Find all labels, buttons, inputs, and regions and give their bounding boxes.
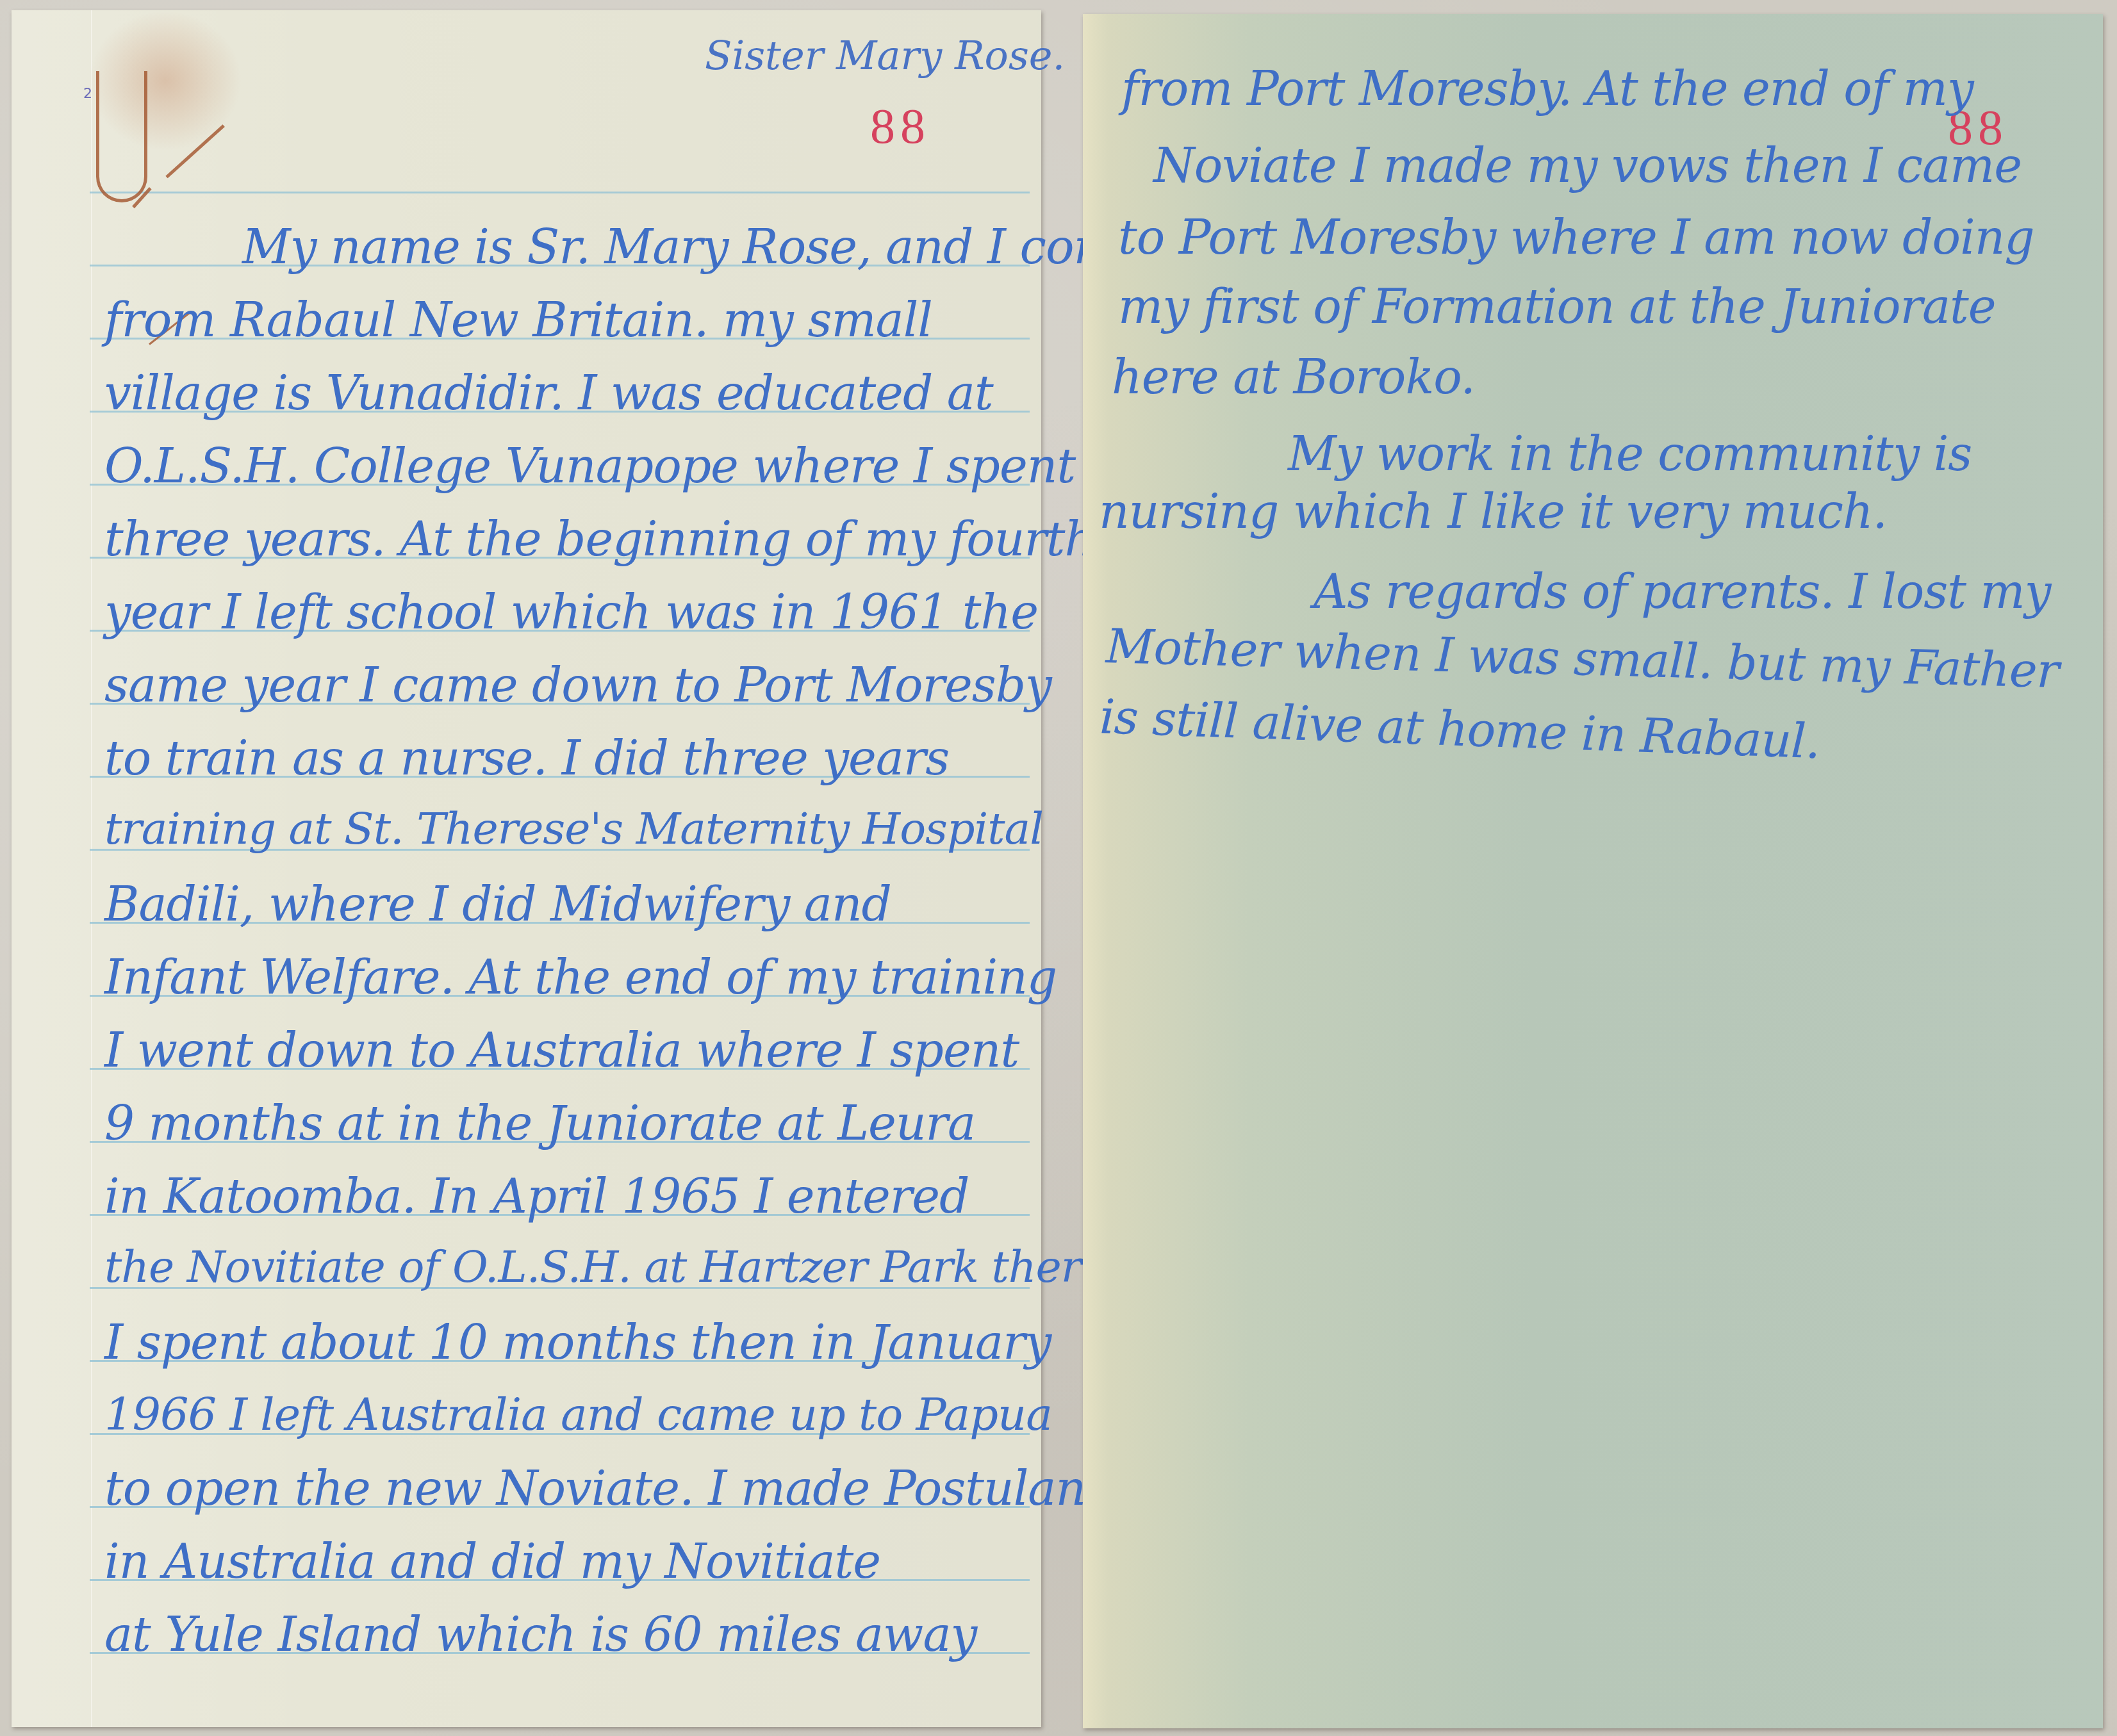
handwritten-line: from Port Moresby. At the end of my <box>1121 65 1973 113</box>
handwritten-line: I went down to Australia where I spent <box>104 1027 1019 1074</box>
handwritten-line: 9 months at in the Juniorate at Leura <box>104 1100 975 1147</box>
handwritten-line: As regards of parents. I lost my <box>1314 568 2051 616</box>
handwritten-line: to train as a nurse. I did three years <box>104 735 949 782</box>
handwritten-line: My name is Sr. Mary Rose, and I come <box>242 224 1146 271</box>
handwritten-line: village is Vunadidir. I was educated at <box>104 370 993 417</box>
handwritten-line: the Novitiate of O.L.S.H. at Hartzer Par… <box>104 1246 1107 1290</box>
handwritten-line: from Rabaul New Britain. my small <box>104 297 932 344</box>
handwritten-line: here at Boroko. <box>1112 354 1475 401</box>
handwritten-line: Mother when I was small. but my Father <box>1105 623 2059 695</box>
handwritten-line: same year I came down to Port Moresby <box>104 662 1051 709</box>
handwritten-line: to open the new Noviate. I made Postulan… <box>104 1465 1137 1512</box>
handwritten-line: three years. At the beginning of my four… <box>104 516 1094 563</box>
handwritten-line: My work in the community is <box>1288 430 1972 478</box>
handwritten-line: in Katoomba. In April 1965 I entered <box>104 1173 969 1220</box>
handwritten-line: 1966 I left Australia and came up to Pap… <box>104 1392 1052 1437</box>
handwritten-line: is still alive at home in Rabaul. <box>1099 693 1821 766</box>
letter-page-left: 2 Sister Mary Rose. 88 My name is Sr. Ma… <box>12 10 1041 1727</box>
handwritten-line: in Australia and did my Novitiate <box>104 1538 880 1585</box>
handwritten-line: at Yule Island which is 60 miles away <box>104 1611 976 1658</box>
handwritten-line: my first of Formation at the Juniorate <box>1118 283 1996 331</box>
handwritten-line: to Port Moresby where I am now doing <box>1118 214 2034 261</box>
paperclip-rust-mark <box>96 71 147 202</box>
handwritten-line: Badili, where I did Midwifery and <box>104 881 891 928</box>
handwritten-line: Noviate I made my vows then I came <box>1153 142 2022 190</box>
margin-line <box>91 10 92 1727</box>
handwritten-line: nursing which I like it very much. <box>1099 488 1887 536</box>
page-stamp-number: 88 <box>870 101 930 151</box>
pencil-note: 2 <box>83 86 92 102</box>
handwritten-line: training at St. Therese's Maternity Hosp… <box>104 808 1043 851</box>
handwritten-line: I spent about 10 months then in January <box>104 1319 1051 1366</box>
author-signature: Sister Mary Rose. <box>705 32 1065 79</box>
handwritten-line: O.L.S.H. College Vunapope where I spent <box>104 443 1075 490</box>
handwritten-line: year I left school which was in 1961 the <box>104 589 1038 636</box>
ruled-line <box>90 192 1030 193</box>
handwritten-line: Infant Welfare. At the end of my trainin… <box>104 954 1057 1001</box>
letter-page-right: 88 from Port Moresby. At the end of my N… <box>1083 14 2103 1728</box>
